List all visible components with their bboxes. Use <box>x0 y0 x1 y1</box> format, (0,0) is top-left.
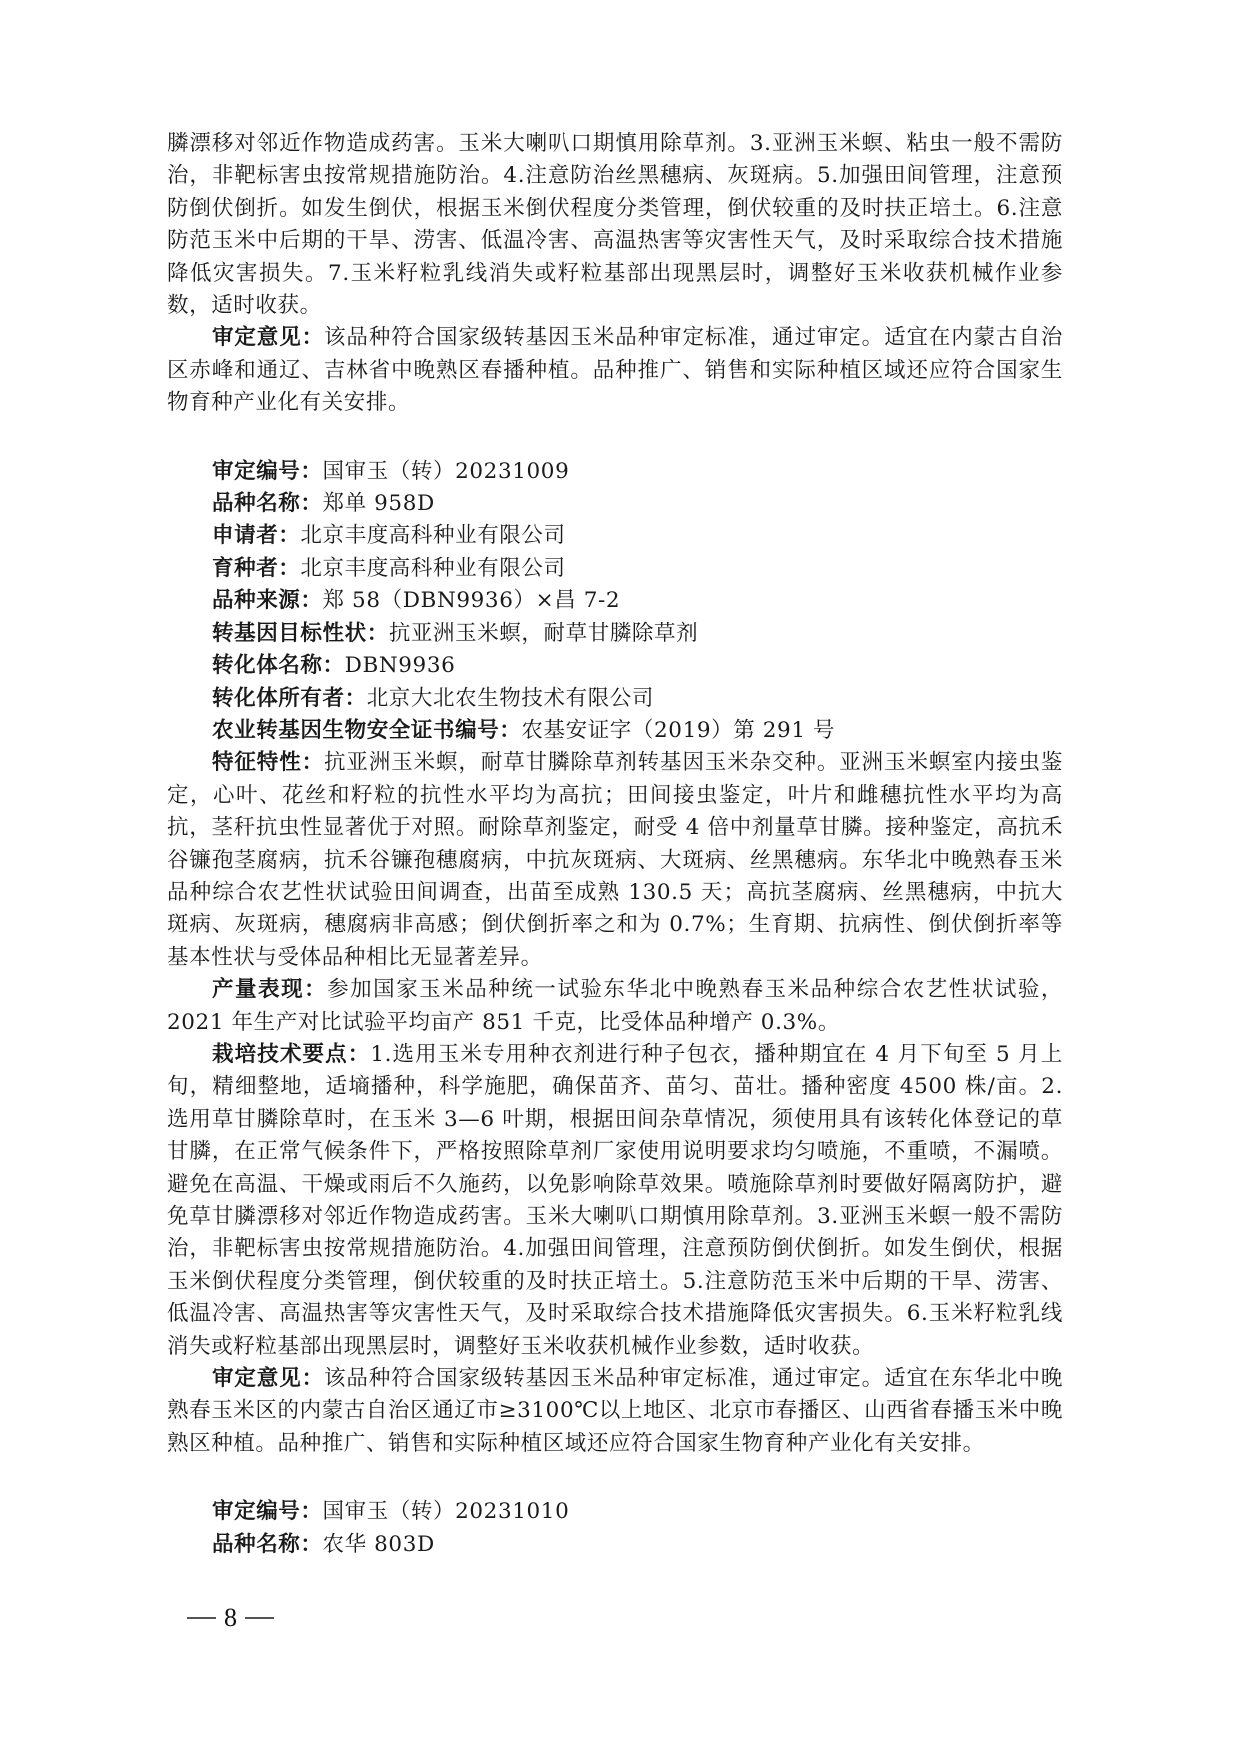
prev-entry-cultivation-tail: 膦漂移对邻近作物造成药害。玉米大喇叭口期慎用除草剂。3.亚洲玉米螟、粘虫一般不需… <box>167 128 1063 322</box>
field-approval-number: 审定编号：国审玉（转）20231010 <box>167 1496 1063 1528</box>
page-number: 8 <box>187 1603 274 1633</box>
dash-right <box>245 1617 274 1619</box>
field-event-owner: 转化体所有者：北京大北农生物技术有限公司 <box>167 683 1063 715</box>
field-event-name: 转化体名称：DBN9936 <box>167 650 1063 682</box>
opinion-paragraph: 审定意见：该品种符合国家级转基因玉米品种审定标准，通过审定。适宜在东华北中晚熟春… <box>167 1363 1063 1460</box>
document-page: 膦漂移对邻近作物造成药害。玉米大喇叭口期慎用除草剂。3.亚洲玉米螟、粘虫一般不需… <box>167 128 1063 1561</box>
field-target-traits: 转基因目标性状：抗亚洲玉米螟，耐草甘膦除草剂 <box>167 618 1063 650</box>
field-variety-name: 品种名称：郑单 958D <box>167 488 1063 520</box>
field-variety-name: 品种名称：农华 803D <box>167 1529 1063 1561</box>
prev-entry-opinion: 审定意见：该品种符合国家级转基因玉米品种审定标准，通过审定。适宜在内蒙古自治区赤… <box>167 322 1063 419</box>
entry-20231009: 审定编号：国审玉（转）20231009 品种名称：郑单 958D 申请者：北京丰… <box>167 456 1063 1461</box>
entry-20231010: 审定编号：国审玉（转）20231010 品种名称：农华 803D <box>167 1496 1063 1561</box>
field-breeder: 育种者：北京丰度高科种业有限公司 <box>167 553 1063 585</box>
field-variety-source: 品种来源：郑 58（DBN9936）×昌 7-2 <box>167 585 1063 617</box>
opinion-label: 审定意见： <box>212 325 324 350</box>
traits-paragraph: 特征特性：抗亚洲玉米螟，耐草甘膦除草剂转基因玉米杂交种。亚洲玉米螟室内接虫鉴定，… <box>167 747 1063 974</box>
page-number-value: 8 <box>224 1603 237 1633</box>
section-spacer <box>167 420 1063 456</box>
field-biosafety-certificate: 农业转基因生物安全证书编号：农基安证字（2019）第 291 号 <box>167 715 1063 747</box>
cultivation-paragraph: 栽培技术要点：1.选用玉米专用种衣剂进行种子包衣，播种期宜在 4 月下旬至 5 … <box>167 1039 1063 1363</box>
yield-paragraph: 产量表现：参加国家玉米品种统一试验东华北中晚熟春玉米品种综合农艺性状试验，202… <box>167 974 1063 1039</box>
dash-left <box>187 1617 216 1619</box>
field-applicant: 申请者：北京丰度高科种业有限公司 <box>167 520 1063 552</box>
field-approval-number: 审定编号：国审玉（转）20231009 <box>167 456 1063 488</box>
section-spacer <box>167 1460 1063 1496</box>
